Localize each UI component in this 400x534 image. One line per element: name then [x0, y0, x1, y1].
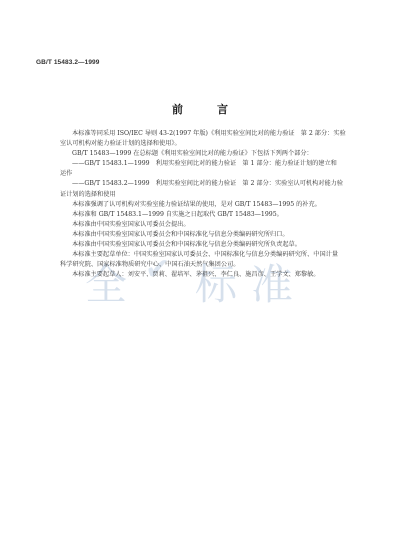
paragraph-line: 本标准主要起草人：刘安平、贾莉、翟培军、茅祖兴、李仁良、施昌彦、王学文、郑黎敏。: [60, 270, 370, 280]
foreword-body: 本标准等同采用 ISO/IEC 导则 43-2(1997 年版)《利用实验室间比…: [60, 129, 370, 280]
paragraph-line: ——GB/T 15483.1—1999 利用实验室间比对的能力验证 第 1 部分…: [60, 159, 370, 169]
paragraph-line: 本标准强调了认可机构对实验室能力验证结果的使用，是对 GB/T 15483—19…: [60, 200, 370, 210]
standard-number: GB/T 15483.2—1999: [36, 59, 100, 66]
paragraph-line: 室认可机构对能力验证计划的选择和使用》。: [60, 139, 370, 149]
paragraph-line: 证计划的选择和使用: [60, 190, 370, 200]
paragraph-line: 科学研究院、国家标准物质研究中心、中国石油天然气集团公司。: [60, 260, 370, 270]
paragraph-line: 本标准由中国实验室国家认可委员会和中国标准化与信息分类编码研究所归口。: [60, 230, 370, 240]
paragraph-line: 本标准主要起草单位：中国实验室国家认可委员会、中国标准化与信息分类编码研究所、中…: [60, 250, 370, 260]
paragraph-line: 本标准和 GB/T 15483.1—1999 自实施之日起取代 GB/T 154…: [60, 210, 370, 220]
paragraph-line: 本标准由中国实验室国家认可委员会提出。: [60, 220, 370, 230]
paragraph-line: ——GB/T 15483.2—1999 利用实验室间比对的能力验证 第 2 部分…: [60, 179, 370, 189]
paragraph-line: GB/T 15483—1999 在总标题《利用实验室间比对的能力验证》下包括下列…: [60, 149, 370, 159]
paragraph-line: 运作: [60, 169, 370, 179]
paragraph-line: 本标准由中国实验室国家认可委员会和中国标准化与信息分类编码研究所负责起草。: [60, 240, 370, 250]
document-page: GB/T 15483.2—1999 前言 全 ✔ 标准 本标准等同采用 ISO/…: [0, 0, 400, 534]
section-title-foreword: 前言: [0, 101, 400, 117]
paragraph-line: 本标准等同采用 ISO/IEC 导则 43-2(1997 年版)《利用实验室间比…: [60, 129, 370, 139]
